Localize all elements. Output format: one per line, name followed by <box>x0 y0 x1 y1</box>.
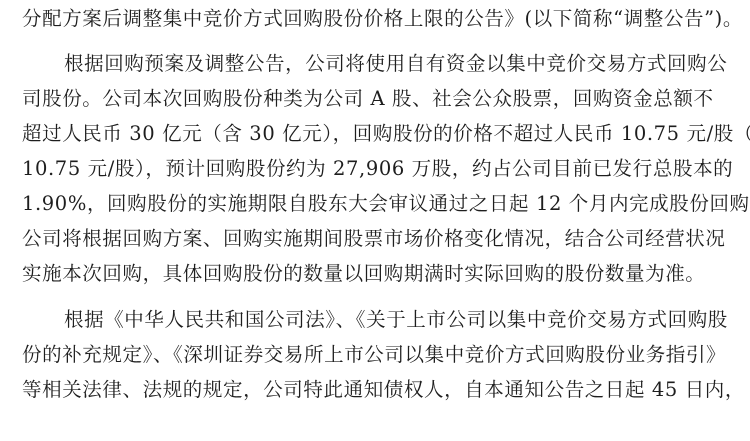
paragraph-2-line-1: 根据《中华人民共和国公司法》、《关于上市公司以集中竞价交易方式回购股 <box>64 308 728 332</box>
paragraph-1-line-3: 超过人民币 30 亿元（含 30 亿元），回购股份的价格不超过人民币 10.75… <box>22 122 750 146</box>
text-line-1: 分配方案后调整集中竞价方式回购股份价格上限的公告》(以下简称“调整公告”)。 <box>22 7 743 31</box>
paragraph-1-line-5: 1.90%，回购股份的实施期限自股东大会审议通过之日起 12 个月内完成股份回购… <box>22 192 750 216</box>
paragraph-1-line-7: 实施本次回购，具体回购股份的数量以回购期满时实际回购的股份数量为准。 <box>22 262 705 286</box>
paragraph-2-line-2: 份的补充规定》、《深圳证券交易所上市公司以集中竞价方式回购股份业务指引》 <box>22 343 726 367</box>
paragraph-2-line-3: 等相关法律、法规的规定，公司特此通知债权人，自本通知公告之日起 45 日内， <box>22 378 745 402</box>
paragraph-1-line-6: 公司将根据回购方案、回购实施期间股票市场价格变化情况，结合公司经营状况 <box>22 227 726 251</box>
paragraph-1-line-4: 10.75 元/股），预计回购股份约为 27,906 万股，约占公司目前已发行总… <box>22 157 733 181</box>
paragraph-1-line-2: 司股份。公司本次回购股份种类为公司 A 股、社会公众股票，回购资金总额不 <box>22 87 714 111</box>
paragraph-1-line-1: 根据回购预案及调整公告，公司将使用自有资金以集中竞价交易方式回购公 <box>64 52 727 76</box>
